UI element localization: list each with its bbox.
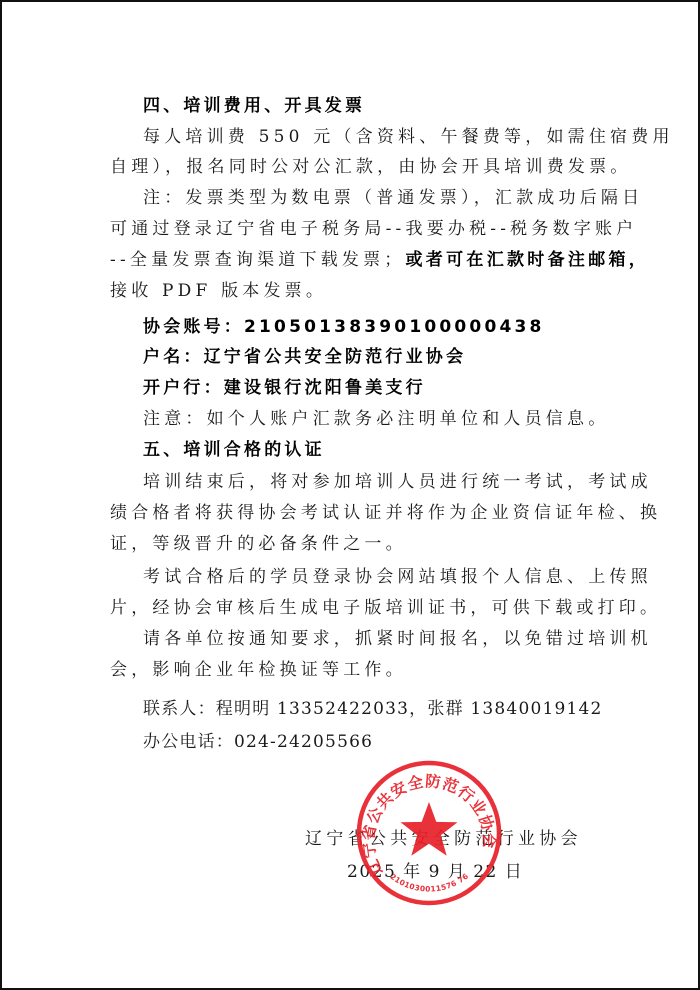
invoice-note-line-1: 注：发票类型为数电票（普通发票），汇款成功后隔日 — [143, 183, 633, 214]
invoice-note-line-3: --全量发票查询渠道下载发票；或者可在汇款时备注邮箱， — [110, 245, 600, 276]
cert-paragraph-line-2: 绩合格者将获得协会考试认证并将作为企业资信证年检、换 — [110, 498, 600, 529]
invoice-note-line-4: 接收 PDF 版本发票。 — [110, 276, 600, 307]
account-name: 户名：辽宁省公共安全防范行业协会 — [143, 342, 633, 373]
seal-star-icon — [401, 802, 458, 856]
seal-code-text: 2101030011576 76 — [388, 871, 470, 893]
personal-account-note: 注意：如个人账户汇款务必注明单位和人员信息。 — [143, 404, 633, 435]
fee-paragraph-line-2: 自理），报名同时公对公汇款，由协会开具培训费发票。 — [110, 152, 600, 183]
office-phone: 办公电话：024-24205566 — [143, 727, 633, 758]
section-5-heading: 五、培训合格的认证 — [143, 435, 633, 466]
document-page: 四、培训费用、开具发票 每人培训费 550 元（含资料、午餐费等，如需住宿费用 … — [0, 0, 700, 990]
deadline-paragraph-line-2: 会，影响企业年检换证等工作。 — [110, 655, 600, 686]
cert-paragraph-line-3: 证，等级晋升的必备条件之一。 — [110, 529, 600, 560]
account-number: 协会账号：21050138390100000438 — [143, 312, 633, 343]
cert-paragraph-line-1: 培训结束后，将对参加培训人员进行统一考试，考试成 — [143, 467, 633, 498]
contacts: 联系人：程明明 13352422033，张群 13840019142 — [143, 694, 633, 725]
bank-name: 开户行：建设银行沈阳鲁美支行 — [143, 373, 633, 404]
official-seal-stamp: 辽宁省公共安全防范行业协会 2101030011576 76 — [354, 758, 504, 908]
deadline-paragraph-line-1: 请各单位按通知要求，抓紧时间报名，以免错过培训机 — [143, 624, 633, 655]
invoice-note-email-text: 或者可在汇款时备注邮箱， — [406, 250, 650, 270]
invoice-note-download-text: --全量发票查询渠道下载发票； — [110, 250, 406, 270]
certificate-paragraph-line-2: 片，经协会审核后生成电子版培训证书，可供下载或打印。 — [110, 593, 600, 624]
invoice-note-line-2: 可通过登录辽宁省电子税务局--我要办税--税务数字账户 — [110, 214, 600, 245]
certificate-paragraph-line-1: 考试合格后的学员登录协会网站填报个人信息、上传照 — [143, 562, 633, 593]
fee-paragraph-line-1: 每人培训费 550 元（含资料、午餐费等，如需住宿费用 — [143, 122, 633, 153]
section-4-heading: 四、培训费用、开具发票 — [143, 91, 633, 122]
